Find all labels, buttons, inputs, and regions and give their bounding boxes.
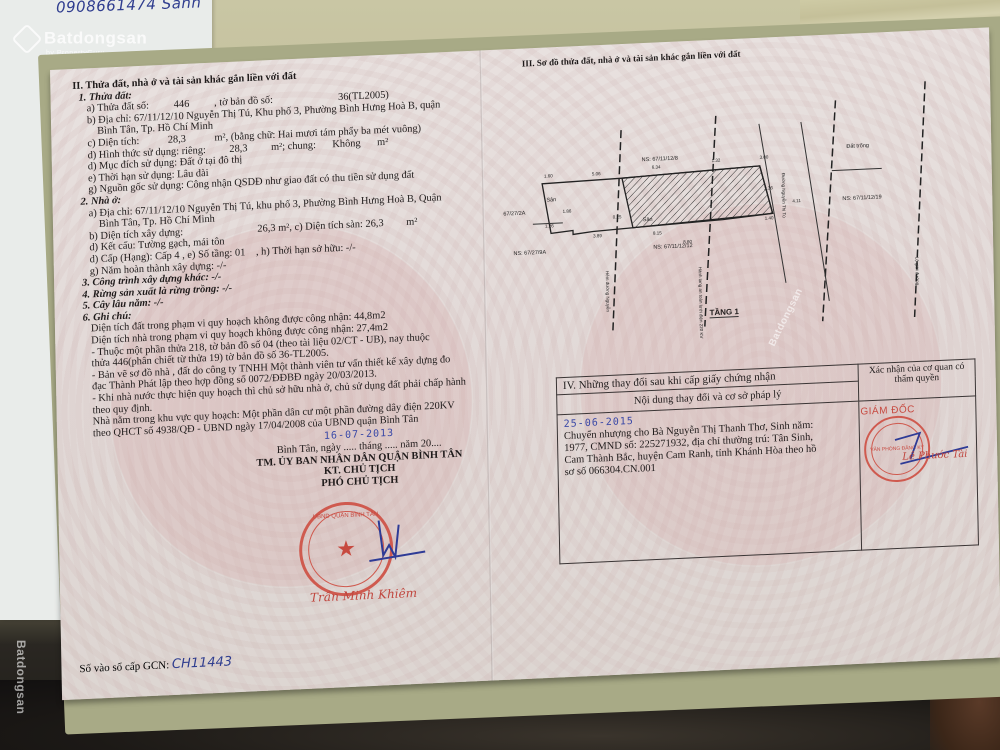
dimension-label: 1.40 <box>765 215 774 220</box>
usage-shared-label: m²; chung: <box>271 140 316 153</box>
batdongsan-logo-icon <box>11 23 42 54</box>
director-title: GIÁM ĐỐC <box>860 401 974 417</box>
yard-label-1: Sân <box>546 197 556 203</box>
notes-list: Diện tích đất trong phạm vi quy hoạch kh… <box>77 306 479 440</box>
floors-label: , e) Số tầng: <box>182 248 232 261</box>
dimension-label: 3.00 <box>760 154 769 159</box>
watermark-brand: Batdongsan <box>44 28 147 47</box>
neighbor-label: NS: 67/11/12/8 <box>642 156 678 164</box>
road-label: Hẻm đường Nguyễn <box>605 271 612 313</box>
registry-number: CH11443 <box>172 654 232 672</box>
floors-value: 01 <box>235 247 246 258</box>
signature-block: 16-07-2013 Bình Tân, ngày ..... tháng ..… <box>229 424 490 494</box>
page-fold <box>480 50 494 680</box>
dimension-label: 8.60 <box>683 239 692 244</box>
road-label: Đường Nguyễn Thị Tú <box>781 173 788 219</box>
phone-note: 0908661474 Sanh <box>56 0 202 17</box>
neighbor-label: NS: 67/27/2A <box>500 211 526 218</box>
neighbor-label: NS: 67/27/9A <box>513 250 546 257</box>
road-label: Hành lang an toàn lưới điện 220 KV <box>698 267 704 339</box>
floor-label: TẦNG 1 <box>709 307 739 318</box>
left-page: II. Thửa đất, nhà ở và tài sản khác gắn … <box>72 63 480 501</box>
road-label: Lộ giới đường <box>914 257 920 286</box>
plot-diagram: NS: 67/11/12/8NS: 67/27/2ANS: 67/27/9ANS… <box>500 54 975 365</box>
dimension-label: 1.26 <box>545 223 554 228</box>
land-certificate: II. Thửa đất, nhà ở và tài sản khác gắn … <box>50 27 1000 700</box>
open-land-label: Đất trống <box>846 143 869 150</box>
dimension-label: 6.34 <box>652 164 661 169</box>
dimension-label: 3.89 <box>593 233 602 238</box>
dimension-label: 5.06 <box>592 171 601 176</box>
confirm-entry: GIÁM ĐỐC VĂN PHÒNG ĐĂNG KÝ Lê Phước Tài <box>859 396 979 550</box>
dimension-label: 3.36 <box>764 185 773 190</box>
dimension-label: 0.25 <box>613 214 622 219</box>
dimension-label: 4.11 <box>792 198 801 203</box>
signature-scribble-left <box>359 513 430 576</box>
neighbor-label: NS: 67/11/12/19 <box>842 194 881 202</box>
change-entry: 25-06-2015 Chuyển nhượng cho Bà Nguyễn T… <box>557 401 862 564</box>
yard-label-2: Sân <box>643 217 653 223</box>
dimension-label: 8.15 <box>653 230 662 235</box>
usage-unit: m² <box>377 136 388 148</box>
registry-number-row: Số vào sổ cấp GCN: CH11443 <box>79 654 232 676</box>
floor-area-unit: m² <box>386 216 417 228</box>
dimension-label: 1.86 <box>563 208 572 213</box>
dimension-label: 1.32 <box>712 158 721 163</box>
floor-area-value: 26,3 <box>365 218 383 230</box>
changes-table: IV. Những thay đổi sau khi cấp giấy chứn… <box>556 358 979 564</box>
confirm-column-header: Xác nhận của cơ quan có thẩm quyền <box>858 359 976 401</box>
dimension-label: 1.60 <box>544 173 553 178</box>
registry-label: Số vào sổ cấp GCN: <box>79 659 169 675</box>
